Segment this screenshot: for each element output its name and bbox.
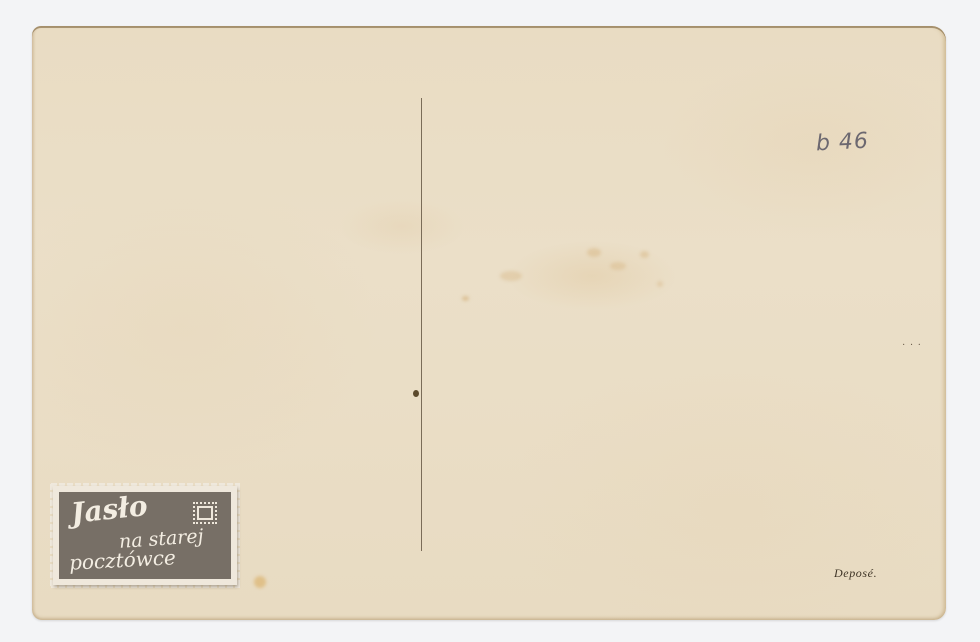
ink-dot: [413, 390, 419, 397]
edge-marks: · · ·: [902, 340, 922, 351]
logo-panel: Jasło na starej pocztówce: [59, 492, 231, 579]
logo-title: Jasło: [70, 492, 149, 528]
image-viewer-canvas: b 46 · · · V. ... Ö ... I M. MUNK. Depos…: [0, 0, 980, 642]
address-divider-line: [421, 98, 422, 551]
stain: [657, 281, 663, 287]
postage-stamp-icon: [193, 502, 217, 524]
stain: [610, 262, 626, 270]
stain: [587, 248, 601, 257]
stain: [640, 251, 649, 258]
watermark-logo: Jasło na starej pocztówce: [50, 483, 240, 588]
logo-subtitle-2: pocztówce: [69, 547, 177, 573]
handwritten-note: b 46: [815, 129, 869, 157]
stain: [462, 296, 469, 301]
stain: [254, 576, 266, 588]
stain: [500, 271, 522, 281]
depose-label: Deposé.: [834, 566, 877, 581]
